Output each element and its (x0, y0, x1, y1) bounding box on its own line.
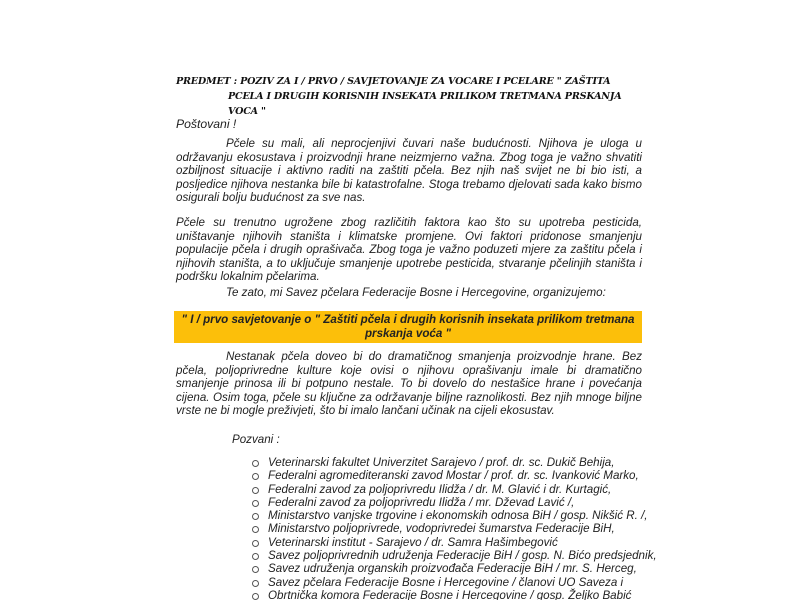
circle-bullet-icon (252, 580, 259, 587)
paragraph-3-text: Nestanak pčela doveo bi do dramatičnog s… (176, 350, 642, 417)
circle-bullet-icon (252, 513, 259, 520)
list-item: Savez poljoprivrednih udruženja Federaci… (248, 549, 668, 562)
event-title-line-2: prskanja voća " (174, 327, 642, 341)
circle-bullet-icon (252, 566, 259, 573)
circle-bullet-icon (252, 473, 259, 480)
list-item: Savez pčelara Federacije Bosne i Hercego… (248, 576, 668, 589)
event-title-highlight: " I / prvo savjetovanje o " Zaštiti pčel… (174, 311, 642, 343)
intro-line: Te zato, mi Savez pčelara Federacije Bos… (226, 286, 606, 299)
subject-line-1: PREDMET : POZIV ZA I / PRVO / SAVJETOVAN… (176, 76, 610, 87)
list-item: Federalni agromediteranski zavod Mostar … (248, 469, 668, 482)
event-title-line-1: " I / prvo savjetovanje o " Zaštiti pčel… (174, 313, 642, 327)
paragraph-3: Nestanak pčela doveo bi do dramatičnog s… (176, 350, 642, 418)
circle-bullet-icon (252, 540, 259, 547)
list-item: Obrtnička komora Federacije Bosne i Herc… (248, 589, 668, 600)
list-item: Federalni zavod za poljoprivredu Ilidža … (248, 483, 668, 496)
circle-bullet-icon (252, 487, 259, 494)
list-item: Ministarstvo vanjske trgovine i ekonomsk… (248, 509, 668, 522)
circle-bullet-icon (252, 500, 259, 507)
list-item: Veterinarski institut - Sarajevo / dr. S… (248, 536, 668, 549)
paragraph-1: Pčele su mali, ali neprocjenjivi čuvari … (176, 137, 642, 205)
paragraph-2: Pčele su trenutno ugrožene zbog različit… (176, 216, 642, 284)
paragraph-1-text: Pčele su mali, ali neprocjenjivi čuvari … (176, 137, 642, 204)
list-item: Savez udruženja organskih proizvođača Fe… (248, 562, 668, 575)
invited-label: Pozvani : (232, 433, 280, 446)
subject-heading: PREDMET : POZIV ZA I / PRVO / SAVJETOVAN… (176, 74, 646, 119)
circle-bullet-icon (252, 553, 259, 560)
circle-bullet-icon (252, 593, 259, 600)
list-item: Veterinarski fakultet Univerzitet Saraje… (248, 456, 668, 469)
list-item: Ministarstvo poljoprivrede, vodoprivrede… (248, 522, 668, 535)
subject-line-2: PCELA I DRUGIH KORISNIH INSEKATA PRILIKO… (176, 89, 646, 119)
paragraph-2-text: Pčele su trenutno ugrožene zbog različit… (176, 216, 642, 283)
greeting: Poštovani ! (176, 117, 236, 131)
invited-list: Veterinarski fakultet Univerzitet Saraje… (248, 456, 668, 600)
document-page: PREDMET : POZIV ZA I / PRVO / SAVJETOVAN… (0, 0, 800, 600)
circle-bullet-icon (252, 460, 259, 467)
circle-bullet-icon (252, 526, 259, 533)
list-item: Federalni zavod za poljoprivredu Ilidža … (248, 496, 668, 509)
